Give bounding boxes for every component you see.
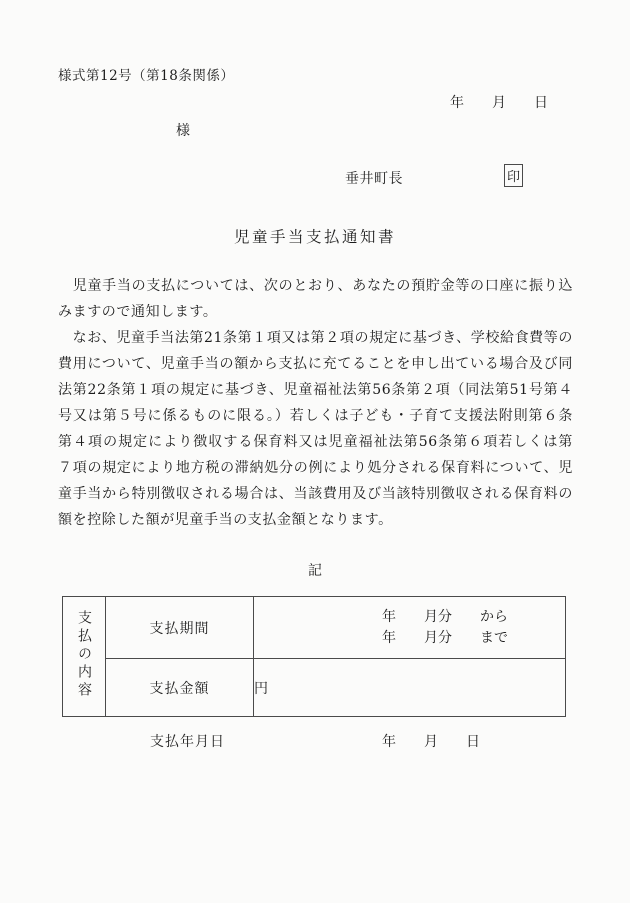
paragraph-legal-details: なお、児童手当法第21条第１項又は第２項の規定に基づき、学校給食費等の費用につい… bbox=[58, 325, 573, 533]
payment-period-from: 年 月分 から bbox=[254, 607, 565, 628]
payment-date-label: 支払年月日 bbox=[150, 731, 225, 751]
payment-amount-row: 支払金額 円 bbox=[63, 659, 566, 717]
row-group-cell: 支払の内容 bbox=[63, 597, 106, 717]
payment-amount-label: 支払金額 bbox=[106, 659, 254, 717]
payment-amount-value-cell: 円 bbox=[254, 659, 566, 717]
issue-date-line: 年 月 日 bbox=[450, 92, 548, 112]
payment-period-value-cell: 年 月分 から 年 月分 まで bbox=[254, 597, 566, 659]
seal-mark: 印 bbox=[504, 164, 523, 187]
payment-period-row: 支払の内容 支払期間 年 月分 から 年 月分 まで bbox=[63, 597, 566, 659]
payment-period-label: 支払期間 bbox=[106, 597, 254, 659]
record-marker: 記 bbox=[0, 560, 630, 580]
payment-date-value: 年 月 日 bbox=[382, 731, 480, 751]
body-text: 児童手当の支払については、次のとおり、あなたの預貯金等の口座に振り込みますので通… bbox=[58, 273, 573, 533]
payment-details-table: 支払の内容 支払期間 年 月分 から 年 月分 まで 支払金額 円 bbox=[62, 596, 566, 717]
form-number: 様式第12号（第18条関係） bbox=[58, 64, 234, 84]
issuer-name: 垂井町長 bbox=[345, 168, 403, 188]
row-group-label: 支払の内容 bbox=[74, 610, 94, 700]
document-title: 児童手当支払通知書 bbox=[0, 225, 630, 247]
payment-period-to: 年 月分 まで bbox=[254, 628, 565, 649]
document-page: 様式第12号（第18条関係） 年 月 日 様 垂井町長 印 児童手当支払通知書 … bbox=[0, 0, 630, 903]
addressee-suffix: 様 bbox=[176, 120, 190, 140]
paragraph-notification: 児童手当の支払については、次のとおり、あなたの預貯金等の口座に振り込みますので通… bbox=[58, 273, 573, 325]
